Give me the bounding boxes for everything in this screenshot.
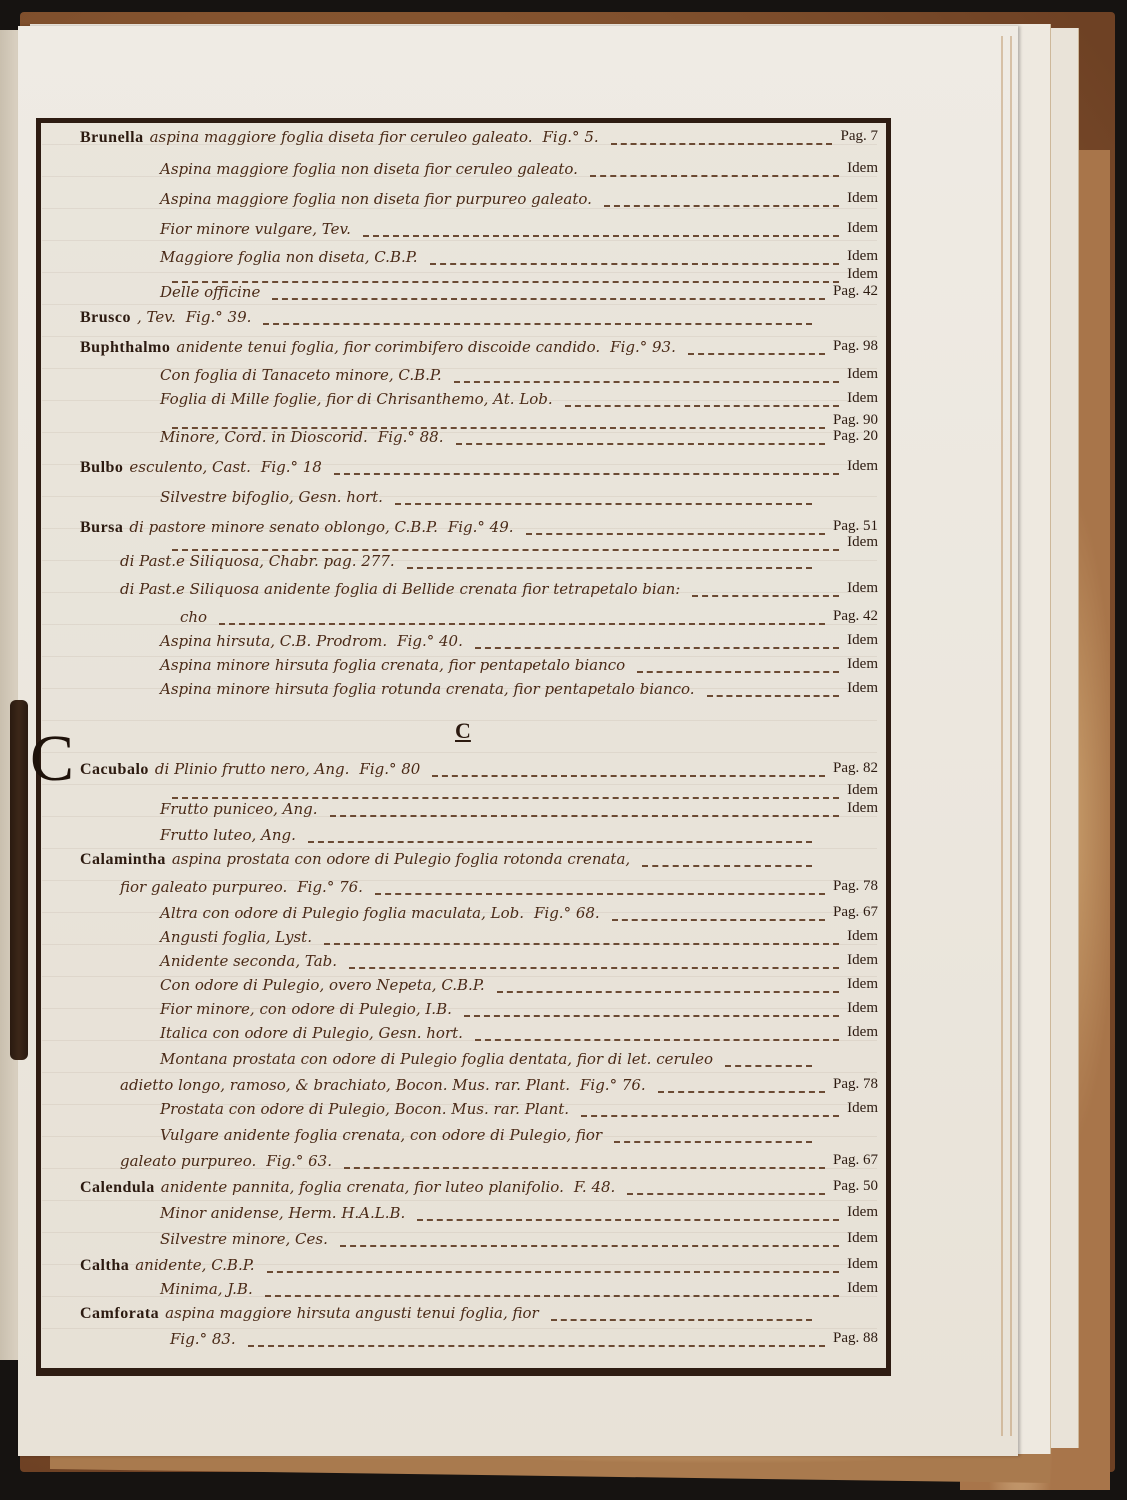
- index-entry-sub: Con odore di Pulegio, overo Nepeta, C.B.…: [40, 976, 882, 1002]
- index-entry-headword: Calaminthaaspina prostata con odore di P…: [40, 850, 882, 876]
- dash-leader: [692, 595, 839, 597]
- page-reference: Idem: [847, 1024, 878, 1041]
- page-reference: Pag. 78: [833, 878, 878, 895]
- page-reference: Idem: [847, 1230, 878, 1247]
- page-reference: Pag. 20: [833, 428, 878, 445]
- index-entry-headword: Calendulaanidente pannita, foglia crenat…: [40, 1178, 882, 1204]
- entry-description: Minore, Cord. in Dioscorid.: [160, 428, 368, 446]
- entry-description: Con foglia di Tanaceto minore, C.B.P.: [160, 366, 442, 384]
- entry-description: aspina prostata con odore di Pulegio fog…: [172, 850, 630, 868]
- entry-description: Frutto puniceo, Ang.: [160, 800, 318, 818]
- index-entry-sub: di Past.e Siliquosa anidente foglia di B…: [40, 580, 882, 606]
- dash-leader: [581, 1115, 839, 1117]
- index-entry-sub: Aspina maggiore foglia non diseta fior p…: [40, 190, 882, 216]
- index-entry-headword: Calthaanidente, C.B.P.Idem: [40, 1256, 882, 1282]
- entry-description: Maggiore foglia non diseta, C.B.P.: [160, 248, 418, 266]
- entry-description: Frutto luteo, Ang.: [160, 826, 296, 844]
- water-stain: [1001, 36, 1003, 1436]
- figure-reference: Fig.° 39.: [186, 308, 252, 326]
- entry-description: Minor anidense, Herm. H.A.L.B.: [160, 1204, 405, 1222]
- index-entry-headword: Bulboesculento, Cast.Fig.° 18Idem: [40, 458, 882, 484]
- entry-description: Italica con odore di Pulegio, Gesn. hort…: [160, 1024, 463, 1042]
- index-entry-sub: Angusti foglia, Lyst.Idem: [40, 928, 882, 954]
- dash-leader: [375, 893, 825, 895]
- index-entry-sub: Frutto puniceo, Ang.Idem: [40, 800, 882, 826]
- index-entry-sub: choPag. 42: [40, 608, 882, 634]
- dash-leader: [430, 263, 839, 265]
- dash-leader: [725, 1065, 812, 1067]
- index-entry-sub: Aspina minore hirsuta foglia rotunda cre…: [40, 680, 882, 706]
- figure-reference: Fig.° 40.: [397, 632, 463, 650]
- page-reference: Idem: [847, 656, 878, 673]
- entry-term: Cacubalo: [80, 761, 149, 778]
- entry-description: Fior minore vulgare, Tev.: [160, 220, 351, 238]
- dash-leader: [417, 1219, 839, 1221]
- entry-description: esculento, Cast.: [129, 458, 250, 476]
- page-reference: Pag. 67: [833, 904, 878, 921]
- page-reference: Idem: [847, 534, 878, 551]
- index-entry-sub: Delle officinePag. 42: [40, 283, 882, 309]
- dash-leader: [272, 298, 825, 300]
- entry-description: Minima, J.B.: [160, 1280, 253, 1298]
- index-entry-sub: Minima, J.B.Idem: [40, 1280, 882, 1306]
- page-reference: Pag. 98: [833, 338, 878, 355]
- page-reference: Idem: [847, 632, 878, 649]
- index-entry-sub: Minor anidense, Herm. H.A.L.B.Idem: [40, 1204, 882, 1230]
- entry-description: Montana prostata con odore di Pulegio fo…: [160, 1050, 713, 1068]
- entry-description: adietto longo, ramoso, & brachiato, Boco…: [120, 1076, 570, 1094]
- dash-leader: [565, 405, 839, 407]
- index-entry-sub: Aspina maggiore foglia non diseta fior c…: [40, 160, 882, 186]
- entry-description: Aspina maggiore foglia non diseta fior p…: [160, 190, 592, 208]
- page-reference: Pag. 78: [833, 1076, 878, 1093]
- page-reference: Idem: [847, 680, 878, 697]
- dash-leader: [590, 175, 839, 177]
- dash-leader: [263, 323, 812, 325]
- page-reference: Idem: [847, 580, 878, 597]
- dash-leader: [627, 1193, 825, 1195]
- index-entry-sub: Fig.° 83.Pag. 88: [40, 1330, 882, 1356]
- dash-leader: [330, 815, 839, 817]
- dash-leader: [324, 943, 839, 945]
- entry-description: cho: [180, 608, 207, 626]
- entry-description: anidente, C.B.P.: [135, 1256, 254, 1274]
- entry-description: Aspina minore hirsuta foglia rotunda cre…: [160, 680, 695, 698]
- index-entry-sub: Aspina hirsuta, C.B. Prodrom.Fig.° 40.Id…: [40, 632, 882, 658]
- entry-term: Buphthalmo: [80, 339, 170, 356]
- page-reference: Idem: [847, 220, 878, 237]
- dash-leader: [407, 567, 812, 569]
- dash-leader: [172, 797, 839, 799]
- dash-leader: [611, 143, 832, 145]
- index-entry-sub: Fior minore vulgare, Tev.Idem: [40, 220, 882, 246]
- index-entry-sub: Anidente seconda, Tab.Idem: [40, 952, 882, 978]
- entry-description: di Plinio frutto nero, Ang.: [155, 760, 350, 778]
- figure-reference: Fig.° 68.: [534, 904, 600, 922]
- index-entry-sub: fior galeato purpureo.Fig.° 76.Pag. 78: [40, 878, 882, 904]
- page-reference: Idem: [847, 1280, 878, 1297]
- figure-reference: Fig.° 63.: [266, 1152, 332, 1170]
- entry-term: Brusco: [80, 309, 131, 326]
- page-reference: Idem: [847, 800, 878, 817]
- entry-description: Angusti foglia, Lyst.: [160, 928, 312, 946]
- dash-leader: [456, 443, 825, 445]
- dash-leader: [688, 353, 825, 355]
- index-entry-headword: Brunellaaspina maggiore foglia diseta fi…: [40, 128, 882, 154]
- index-entry-sub: Montana prostata con odore di Pulegio fo…: [40, 1050, 882, 1076]
- page-reference: Idem: [847, 366, 878, 383]
- figure-reference: Fig.° 5.: [542, 128, 598, 146]
- page-reference: Pag. 88: [833, 1330, 878, 1347]
- entry-description: Silvestre bifoglio, Gesn. hort.: [160, 488, 383, 506]
- index-entry-sub: Vulgare anidente foglia crenata, con odo…: [40, 1126, 882, 1152]
- entry-description: Delle officine: [160, 283, 260, 301]
- figure-reference: Fig.° 76.: [580, 1076, 646, 1094]
- dash-leader: [658, 1091, 825, 1093]
- dash-leader: [614, 1141, 812, 1143]
- index-entry-sub: Silvestre minore, Ces.Idem: [40, 1230, 882, 1256]
- entry-term: Camforata: [80, 1305, 159, 1322]
- entry-description: Anidente seconda, Tab.: [160, 952, 337, 970]
- page-reference: Idem: [847, 1000, 878, 1017]
- dash-leader: [349, 967, 839, 969]
- dash-leader: [475, 1039, 839, 1041]
- index-entry-sub: Silvestre bifoglio, Gesn. hort.: [40, 488, 882, 514]
- dash-leader: [334, 473, 839, 475]
- index-entry-sub: Frutto luteo, Ang.: [40, 826, 882, 852]
- dash-leader: [551, 1319, 812, 1321]
- page-reference: Pag. 50: [833, 1178, 878, 1195]
- index-entry-sub: Con foglia di Tanaceto minore, C.B.P.Ide…: [40, 366, 882, 392]
- page-reference: Idem: [847, 928, 878, 945]
- water-stain: [1010, 36, 1012, 1436]
- dash-leader: [267, 1271, 839, 1273]
- entry-description: galeato purpureo.: [120, 1152, 256, 1170]
- dash-leader: [464, 1015, 839, 1017]
- entry-term: Caltha: [80, 1257, 129, 1274]
- entry-description: Prostata con odore di Pulegio, Bocon. Mu…: [160, 1100, 569, 1118]
- entry-description: aspina maggiore hirsuta angusti tenui fo…: [165, 1304, 539, 1322]
- entry-description: Altra con odore di Pulegio foglia macula…: [160, 904, 524, 922]
- entry-description: Aspina hirsuta, C.B. Prodrom.: [160, 632, 387, 650]
- entry-description: Aspina minore hirsuta foglia crenata, fi…: [160, 656, 625, 674]
- page-reference: Pag. 7: [841, 128, 879, 145]
- dash-leader: [475, 647, 839, 649]
- page-reference: Pag. 67: [833, 1152, 878, 1169]
- page-reference: Pag. 51: [833, 518, 878, 535]
- page-reference: Idem: [847, 1204, 878, 1221]
- dash-leader: [642, 865, 812, 867]
- entry-description: Fior minore, con odore di Pulegio, I.B.: [160, 1000, 452, 1018]
- entry-description: Foglia di Mille foglie, fior di Chrisant…: [160, 390, 553, 408]
- page-reference: Idem: [847, 190, 878, 207]
- figure-reference: Fig.° 93.: [610, 338, 676, 356]
- figure-reference: Fig.° 18: [261, 458, 322, 476]
- page-reference: Idem: [847, 976, 878, 993]
- page-reference: Idem: [847, 1256, 878, 1273]
- page-reference: Idem: [847, 266, 878, 283]
- page-reference: Idem: [847, 160, 878, 177]
- index-entry-sub: Fior minore, con odore di Pulegio, I.B.I…: [40, 1000, 882, 1026]
- page-reference: Idem: [847, 1100, 878, 1117]
- dash-leader: [363, 235, 839, 237]
- dash-leader: [432, 775, 825, 777]
- dash-leader: [637, 671, 839, 673]
- entry-description: di Past.e Siliquosa anidente foglia di B…: [120, 580, 680, 598]
- index-entry-sub: Italica con odore di Pulegio, Gesn. hort…: [40, 1024, 882, 1050]
- page-reference: Pag. 42: [833, 283, 878, 300]
- entry-description: , Tev.: [137, 308, 176, 326]
- dash-leader: [340, 1245, 839, 1247]
- index-entry-headword: Buphthalmoanidente tenui foglia, fior co…: [40, 338, 882, 364]
- page-reference: Idem: [847, 248, 878, 265]
- figure-reference: Fig.° 83.: [170, 1330, 236, 1348]
- dash-leader: [172, 549, 839, 551]
- figure-reference: F. 48.: [574, 1178, 615, 1196]
- page-reference: Idem: [847, 782, 878, 799]
- entry-description: anidente pannita, foglia crenata, fior l…: [161, 1178, 564, 1196]
- dash-leader: [308, 841, 812, 843]
- entry-description: Silvestre minore, Ces.: [160, 1230, 328, 1248]
- figure-reference: Fig.° 88.: [378, 428, 444, 446]
- dash-leader: [604, 205, 839, 207]
- index-entry-sub: di Past.e Siliquosa, Chabr. pag. 277.: [40, 552, 882, 578]
- dash-leader: [265, 1295, 839, 1297]
- entry-description: Vulgare anidente foglia crenata, con odo…: [160, 1126, 602, 1144]
- page-reference: Idem: [847, 952, 878, 969]
- index-entry-sub: galeato purpureo.Fig.° 63.Pag. 67: [40, 1152, 882, 1178]
- dash-leader: [707, 695, 839, 697]
- dash-leader: [497, 991, 839, 993]
- dash-leader: [344, 1167, 825, 1169]
- index-entry-headword: Brusco, Tev.Fig.° 39.: [40, 308, 882, 334]
- index-entry-sub: Prostata con odore di Pulegio, Bocon. Mu…: [40, 1100, 882, 1126]
- entry-description: anidente tenui foglia, fior corimbifero …: [176, 338, 600, 356]
- figure-reference: Fig.° 76.: [297, 878, 363, 896]
- index-entry-sub: Aspina minore hirsuta foglia crenata, fi…: [40, 656, 882, 682]
- entry-description: Con odore di Pulegio, overo Nepeta, C.B.…: [160, 976, 485, 994]
- dash-leader: [612, 919, 825, 921]
- gutter-shadow: [10, 700, 28, 1060]
- page-reference: Pag. 82: [833, 760, 878, 777]
- entry-description: di Past.e Siliquosa, Chabr. pag. 277.: [120, 552, 395, 570]
- page-reference: Pag. 90: [833, 412, 878, 429]
- section-heading: C: [455, 718, 471, 744]
- index-entry-sub: Altra con odore di Pulegio foglia macula…: [40, 904, 882, 930]
- page-reference: Pag. 42: [833, 608, 878, 625]
- page-reference: Idem: [847, 390, 878, 407]
- dash-leader: [219, 623, 825, 625]
- dash-leader: [395, 503, 812, 505]
- entry-term: Bulbo: [80, 459, 123, 476]
- entry-term: Calamintha: [80, 851, 166, 868]
- page-reference: Idem: [847, 458, 878, 475]
- entry-description: aspina maggiore foglia diseta fior cerul…: [150, 128, 533, 146]
- figure-reference: Fig.° 80: [359, 760, 420, 778]
- index-entry-sub: Minore, Cord. in Dioscorid.Fig.° 88.Pag.…: [40, 428, 882, 454]
- index-entry-sub: adietto longo, ramoso, & brachiato, Boco…: [40, 1076, 882, 1102]
- entry-term: Brunella: [80, 129, 144, 146]
- dash-leader: [248, 1345, 825, 1347]
- entry-description: fior galeato purpureo.: [120, 878, 287, 896]
- entry-description: Aspina maggiore foglia non diseta fior c…: [160, 160, 578, 178]
- index-entry-headword: Camforataaspina maggiore hirsuta angusti…: [40, 1304, 882, 1330]
- entry-term: Calendula: [80, 1179, 155, 1196]
- dash-leader: [454, 381, 839, 383]
